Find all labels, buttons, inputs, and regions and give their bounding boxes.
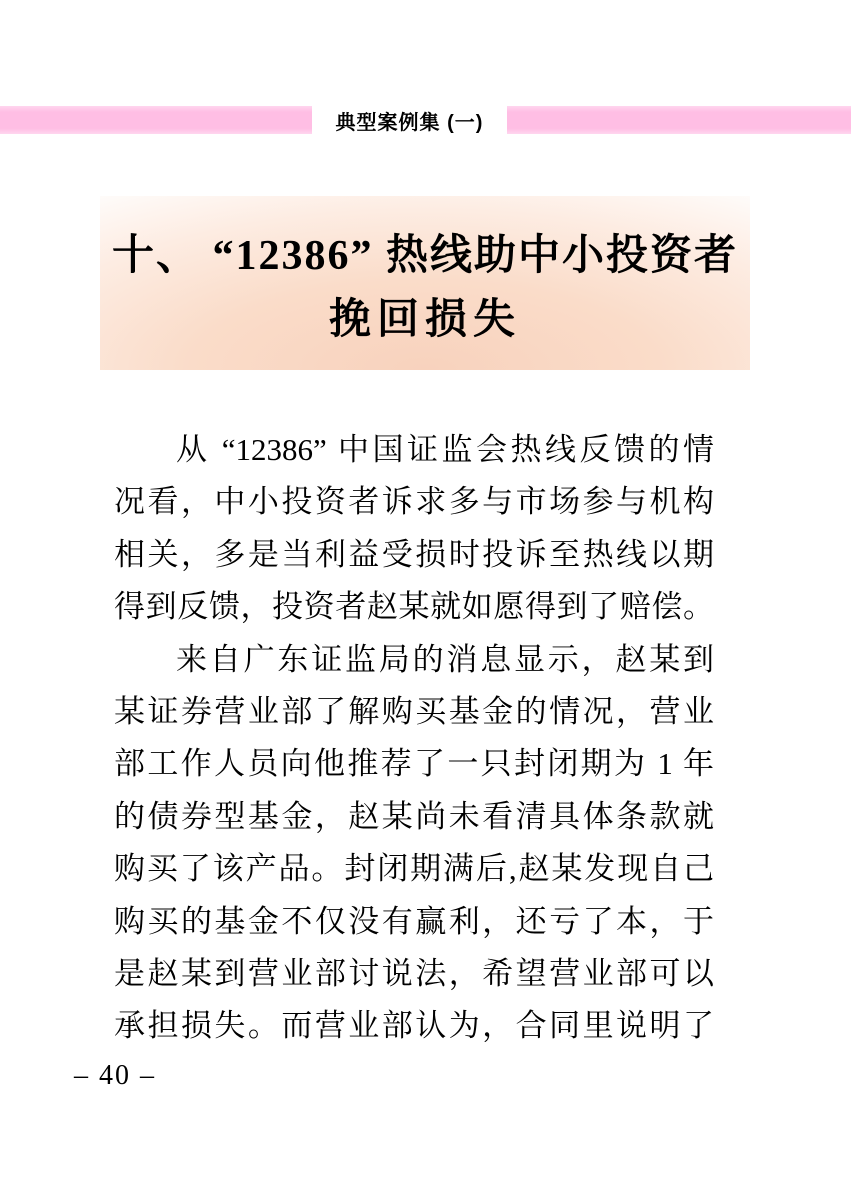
book-page: 典型案例集 (一) 十、 “12386” 热线助中小投资者 挽回损失 从 “12… xyxy=(0,0,851,1189)
body-text-line: 况看，中小投资者诉求多与市场参与机构 xyxy=(114,476,714,528)
chapter-title-block: 十、 “12386” 热线助中小投资者 挽回损失 xyxy=(100,196,750,370)
body-text-line: 承担损失。而营业部认为，合同里说明了 xyxy=(114,1000,714,1052)
body-text-line: 来自广东证监局的消息显示，赵某到 xyxy=(114,634,714,686)
header-band-gap: 典型案例集 (一) xyxy=(312,106,507,134)
body-text-line: 的债券型基金，赵某尚未看清具体条款就 xyxy=(114,791,714,843)
body-text-line: 相关，多是当利益受损时投诉至热线以期 xyxy=(114,529,714,581)
chapter-title-line-1: 十、 “12386” 热线助中小投资者 xyxy=(100,230,750,282)
body-text-line: 从 “12386” 中国证监会热线反馈的情 xyxy=(114,424,714,476)
body-text-line: 购买的基金不仅没有赢利，还亏了本，于 xyxy=(114,896,714,948)
body-text-line: 购买了该产品。封闭期满后,赵某发现自己 xyxy=(114,843,714,895)
header-band-right-stripe xyxy=(507,106,851,134)
running-header-band: 典型案例集 (一) xyxy=(0,106,851,134)
page-number: – 40 – xyxy=(74,1060,156,1092)
chapter-title-line-2: 挽回损失 xyxy=(100,294,750,346)
body-text-line: 某证券营业部了解购买基金的情况，营业 xyxy=(114,686,714,738)
body-text-column: 从 “12386” 中国证监会热线反馈的情 况看，中小投资者诉求多与市场参与机构… xyxy=(114,424,714,1053)
body-text-line: 得到反馈，投资者赵某就如愿得到了赔偿。 xyxy=(114,581,714,633)
body-text-line: 是赵某到营业部讨说法，希望营业部可以 xyxy=(114,948,714,1000)
body-text-line: 部工作人员向他推荐了一只封闭期为 1 年 xyxy=(114,738,714,790)
header-band-left-stripe xyxy=(0,106,312,134)
running-header-text: 典型案例集 (一) xyxy=(336,106,484,135)
